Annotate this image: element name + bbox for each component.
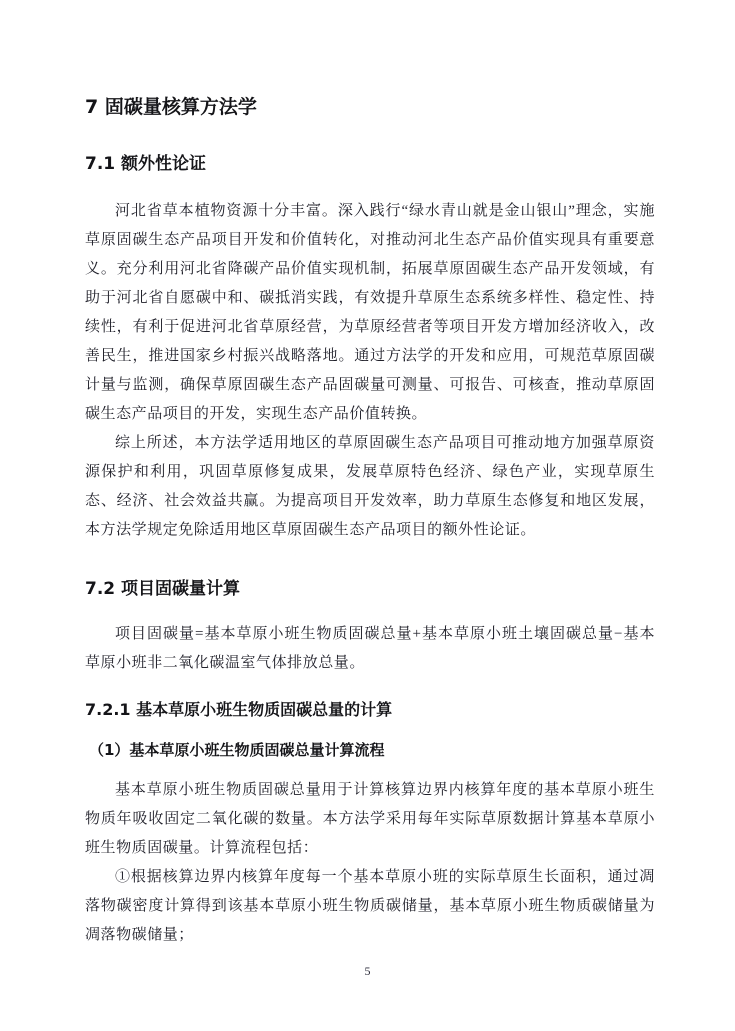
page-number: 5 (0, 964, 735, 979)
section-7-2-1-paragraph-2: ①根据核算边界内核算年度每一个基本草原小班的实际草原生长面积，通过凋落物碳密度计… (85, 863, 655, 950)
chapter-heading: 7 固碳量核算方法学 (85, 94, 655, 120)
section-7-2-1-heading: 7.2.1 基本草原小班生物质固碳总量的计算 (85, 698, 655, 722)
section-7-2-paragraph-1: 项目固碳量=基本草原小班生物质固碳总量+基本草原小班土壤固碳总量−基本草原小班非… (85, 620, 655, 678)
section-7-1-paragraph-1: 河北省草本植物资源十分丰富。深入践行“绿水青山就是金山银山”理念，实施草原固碳生… (85, 197, 655, 429)
section-7-2-1-subheading-1: （1）基本草原小班生物质固碳总量计算流程 (85, 739, 655, 761)
section-7-1-heading: 7.1 额外性论证 (85, 152, 655, 176)
document-page: 7 固碳量核算方法学 7.1 额外性论证 河北省草本植物资源十分丰富。深入践行“… (0, 0, 735, 1031)
section-7-2-1-paragraph-1: 基本草原小班生物质固碳总量用于计算核算边界内核算年度的基本草原小班生物质年吸收固… (85, 776, 655, 863)
section-7-1-paragraph-2: 综上所述，本方法学适用地区的草原固碳生态产品项目可推动地方加强草原资源保护和利用… (85, 429, 655, 545)
section-7-2-heading: 7.2 项目固碳量计算 (85, 577, 655, 601)
